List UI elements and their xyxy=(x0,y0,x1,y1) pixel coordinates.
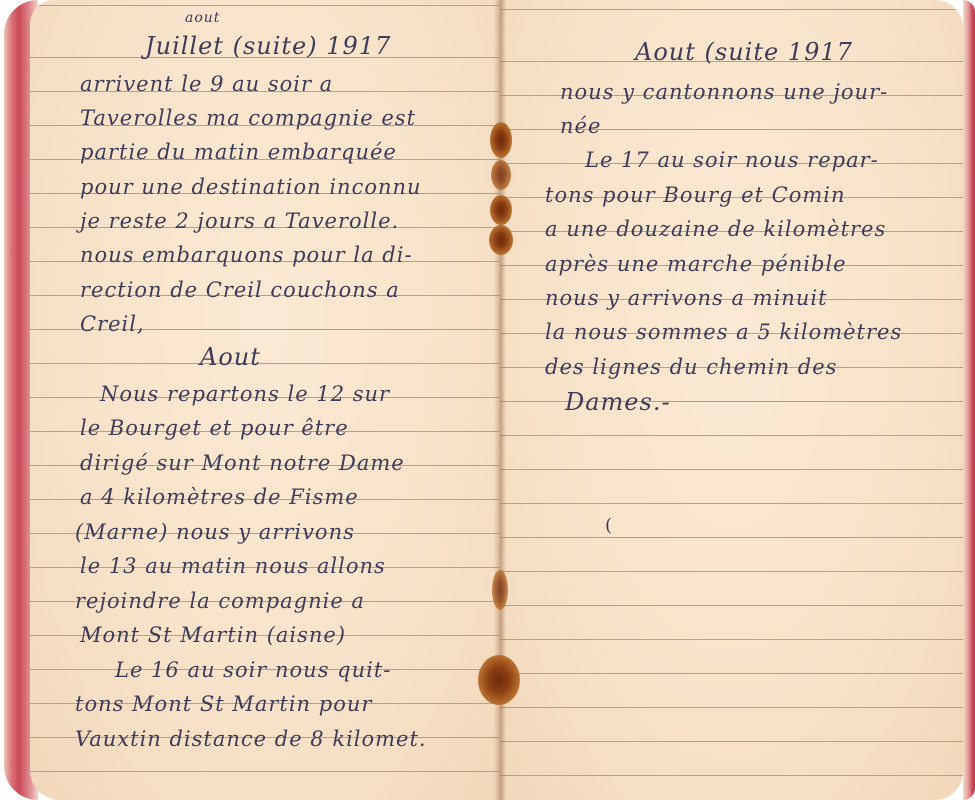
text-line: arrivent le 9 au soir a xyxy=(80,72,333,96)
text-line: la nous sommes a 5 kilomètres xyxy=(545,320,902,344)
text-line: née xyxy=(560,114,601,138)
text-line: nous y arrivons a minuit xyxy=(545,286,828,310)
text-line: Dames.- xyxy=(565,388,671,416)
stain-mark xyxy=(490,195,512,225)
insertion-above-heading: aout xyxy=(185,10,220,26)
text-line: rejoindre la compagnie a xyxy=(75,589,365,613)
text-line: Le 17 au soir nous repar- xyxy=(585,148,879,172)
open-notebook: aout Juillet (suite) 1917 arrivent le 9 … xyxy=(0,0,975,800)
right-page: Aout (suite 1917 nous y cantonnons une j… xyxy=(500,0,963,800)
text-line: le 13 au matin nous allons xyxy=(80,554,386,578)
text-line: Creil, xyxy=(80,312,145,336)
text-line: nous y cantonnons une jour- xyxy=(560,80,888,104)
text-line: (Marne) nous y arrivons xyxy=(75,520,355,544)
text-line: tons pour Bourg et Comin xyxy=(545,183,846,207)
text-line: le Bourget et pour être xyxy=(80,416,349,440)
text-line: a une douzaine de kilomètres xyxy=(545,217,886,241)
text-line: je reste 2 jours a Taverolle. xyxy=(80,209,399,233)
stain-mark xyxy=(491,160,511,190)
text-line: Taverolles ma compagnie est xyxy=(80,106,416,130)
page-heading: Aout (suite 1917 xyxy=(635,38,853,66)
text-line: a 4 kilomètres de Fisme xyxy=(80,485,359,509)
section-heading: Aout xyxy=(200,343,261,371)
text-line: rection de Creil couchons a xyxy=(80,278,400,302)
text-line: Vauxtin distance de 8 kilomet. xyxy=(75,727,427,751)
stain-mark xyxy=(489,225,513,255)
right-red-page-edge xyxy=(963,0,975,800)
text-line: Mont St Martin (aisne) xyxy=(80,623,346,647)
text-line: après une marche pénible xyxy=(545,252,847,276)
text-line: dirigé sur Mont notre Dame xyxy=(80,451,405,475)
stain-mark xyxy=(490,122,512,158)
text-line: pour une destination inconnu xyxy=(80,175,422,199)
text-line: tons Mont St Martin pour xyxy=(75,692,372,716)
text-line: Nous repartons le 12 sur xyxy=(100,382,390,406)
stray-pen-mark: ( xyxy=(605,515,612,536)
stain-mark xyxy=(478,655,520,705)
left-page: aout Juillet (suite) 1917 arrivent le 9 … xyxy=(30,0,500,800)
text-line: des lignes du chemin des xyxy=(545,355,837,379)
text-line: nous embarquons pour la di- xyxy=(80,243,413,267)
text-line: Le 16 au soir nous quit- xyxy=(115,658,391,682)
stain-mark xyxy=(492,570,508,610)
page-heading: Juillet (suite) 1917 xyxy=(145,32,391,60)
text-line: partie du matin embarquée xyxy=(80,140,397,164)
